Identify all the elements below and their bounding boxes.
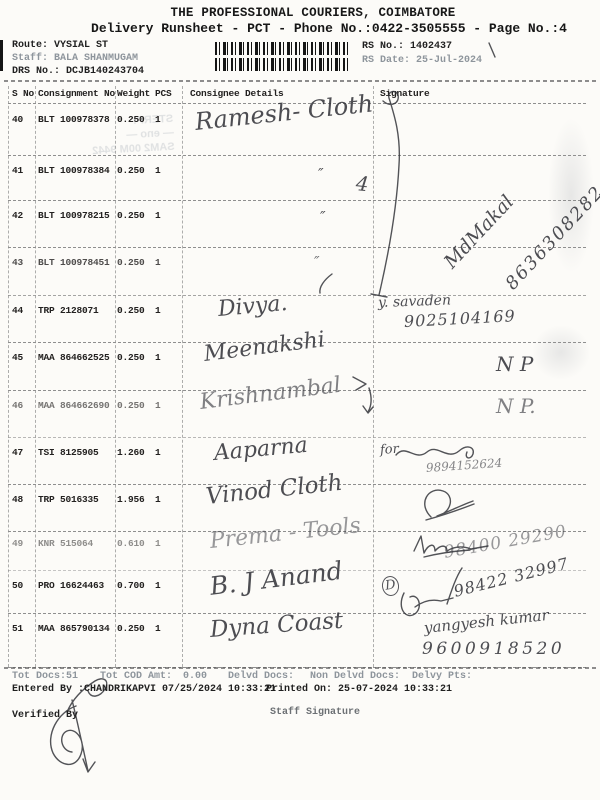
signature-handwriting: y. savaden — [378, 292, 452, 311]
cell-s-no: 50 — [12, 580, 23, 591]
consignee-handwriting: Dyna Coast — [209, 608, 344, 643]
cell-weight: 0.250 — [117, 305, 145, 316]
header-pcs: PCS — [155, 88, 172, 99]
drs-label: DRS No.: — [12, 66, 60, 77]
signature-handwriting: for — [379, 442, 399, 458]
drs-value: DCJB140243704 — [66, 66, 144, 77]
cell-weight: 0.250 — [117, 165, 145, 176]
cell-pcs: 1 — [155, 400, 161, 411]
cell-pcs: 1 — [155, 114, 161, 125]
barcode-strip — [215, 42, 351, 55]
circled-letter-mark: D — [381, 575, 401, 597]
cell-s-no: 48 — [12, 494, 23, 505]
phone-handwriting: 9894152624 — [426, 456, 503, 475]
cell-pcs: 1 — [155, 538, 161, 549]
cell-weight: 0.250 — [117, 623, 145, 634]
tot-cod-label: Tot COD Amt: — [100, 671, 172, 682]
cell-consignment: TRP 2128071 — [38, 305, 99, 316]
rs-no-label: RS No.: — [362, 41, 404, 52]
tot-docs-label: Tot Docs: — [12, 671, 66, 682]
cell-pcs: 1 — [155, 623, 161, 634]
barcode-icon — [215, 42, 351, 72]
cell-consignment: BLT 100978215 — [38, 210, 110, 221]
cell-pcs: 1 — [155, 580, 161, 591]
cell-weight: 0.250 — [117, 114, 145, 125]
cell-s-no: 41 — [12, 165, 23, 176]
cell-pcs: 1 — [155, 165, 161, 176]
consignee-handwriting: Aaparna — [213, 433, 309, 466]
delivery-runsheet-page: THE PROFESSIONAL COURIERS, COIMBATORE De… — [0, 0, 600, 800]
entered-by-line: Entered By :CHANDRIKAPVI 07/25/2024 10:3… — [12, 684, 276, 695]
cell-weight: 1.260 — [117, 447, 145, 458]
header-s-no: S No — [12, 88, 34, 99]
cell-pcs: 1 — [155, 210, 161, 221]
header-consignee: Consignee Details — [190, 88, 284, 99]
signature-handwriting: N P — [496, 352, 533, 376]
rs-no-value: 1402437 — [410, 41, 452, 52]
rs-no-line: RS No.: 1402437 — [362, 41, 452, 52]
cell-s-no: 42 — [12, 210, 23, 221]
cell-weight: 0.700 — [117, 580, 145, 591]
cell-consignment: TRP 5016335 — [38, 494, 99, 505]
page-title: THE PROFESSIONAL COURIERS, COIMBATORE — [0, 6, 600, 20]
cell-weight: 0.250 — [117, 210, 145, 221]
cell-s-no: 51 — [12, 623, 23, 634]
rs-date-value: 25-Jul-2024 — [416, 55, 482, 66]
cell-s-no: 40 — [12, 114, 23, 125]
cell-pcs: 1 — [155, 352, 161, 363]
cell-consignment: PRO 16624463 — [38, 580, 104, 591]
page-subtitle: Delivery Runsheet - PCT - Phone No.:0422… — [0, 21, 600, 36]
cell-weight: 0.610 — [117, 538, 145, 549]
ditto-mark-handwriting: ″ — [318, 165, 324, 183]
cell-pcs: 1 — [155, 305, 161, 316]
cell-consignment: TSI 8125905 — [38, 447, 99, 458]
table-row: 46 MAA 864662690 0.250 1 Krishnambal N P… — [8, 390, 586, 438]
cell-s-no: 45 — [12, 352, 23, 363]
cell-weight: 0.250 — [117, 352, 145, 363]
route-line: Route: VYSIAL ST — [12, 40, 108, 51]
table-row: 50 PRO 16624463 0.700 1 B. J Anand D 984… — [8, 570, 586, 614]
barcode-strip — [215, 58, 351, 71]
cell-s-no: 43 — [12, 257, 23, 268]
tot-docs-value: 51 — [66, 671, 78, 682]
cell-consignment: MAA 865790134 — [38, 623, 110, 634]
cell-consignment: KNR 515064 — [38, 538, 93, 549]
printed-on-line: Printed On: 25-07-2024 10:33:21 — [266, 684, 452, 695]
cell-weight: 0.250 — [117, 400, 145, 411]
cell-consignment: MAA 864662690 — [38, 400, 110, 411]
ditto-mark-handwriting: ″ — [320, 208, 326, 226]
cell-s-no: 46 — [12, 400, 23, 411]
header-signature: Signature — [380, 88, 430, 99]
drs-line: DRS No.: DCJB140243704 — [12, 66, 144, 77]
route-value: VYSIAL ST — [54, 40, 108, 51]
cell-weight: 1.956 — [117, 494, 145, 505]
pen-mark-handwriting: 4 — [355, 171, 370, 196]
cell-consignment: BLT 100978384 — [38, 165, 110, 176]
table-row: 51 MAA 865790134 0.250 1 Dyna Coast yang… — [8, 613, 586, 668]
route-label: Route: — [12, 40, 48, 51]
phone-handwriting: 9600918520 — [422, 639, 565, 659]
rs-date-label: RS Date: — [362, 55, 410, 66]
verified-by-label: Verified By — [12, 710, 78, 721]
cell-s-no: 49 — [12, 538, 23, 549]
cell-pcs: 1 — [155, 257, 161, 268]
ditto-mark-handwriting: ″ — [314, 253, 320, 271]
staff-label: Staff: — [12, 53, 48, 64]
cell-s-no: 44 — [12, 305, 23, 316]
header-stray-pen-mark — [489, 43, 495, 57]
tot-cod-value: 0.00 — [183, 671, 207, 682]
staff-signature-label: Staff Signature — [270, 707, 360, 718]
separator-bottom — [4, 667, 596, 669]
cell-consignment: BLT 100978378 — [38, 114, 110, 125]
cell-consignment: BLT 100978451 — [38, 257, 110, 268]
signature-handwriting: N P. — [496, 394, 536, 418]
header-weight: Weight — [117, 88, 150, 99]
staff-line: Staff: BALA SHANMUGAM — [12, 53, 138, 64]
non-delvd-docs-label: Non Delvd Docs: — [310, 671, 400, 682]
delvy-pts-label: Delvy Pts: — [412, 671, 472, 682]
separator-top — [4, 80, 596, 82]
cell-consignment: MAA 864662525 — [38, 352, 110, 363]
header-consignment: Consignment No — [38, 88, 115, 99]
rs-date-line: RS Date: 25-Jul-2024 — [362, 55, 482, 66]
cell-pcs: 1 — [155, 494, 161, 505]
delvd-docs-label: Delvd Docs: — [228, 671, 294, 682]
scan-edge-artifact — [0, 40, 3, 71]
staff-value: BALA SHANMUGAM — [54, 53, 138, 64]
cell-s-no: 47 — [12, 447, 23, 458]
cell-pcs: 1 — [155, 447, 161, 458]
consignee-handwriting: Divya. — [217, 291, 289, 322]
cell-weight: 0.250 — [117, 257, 145, 268]
